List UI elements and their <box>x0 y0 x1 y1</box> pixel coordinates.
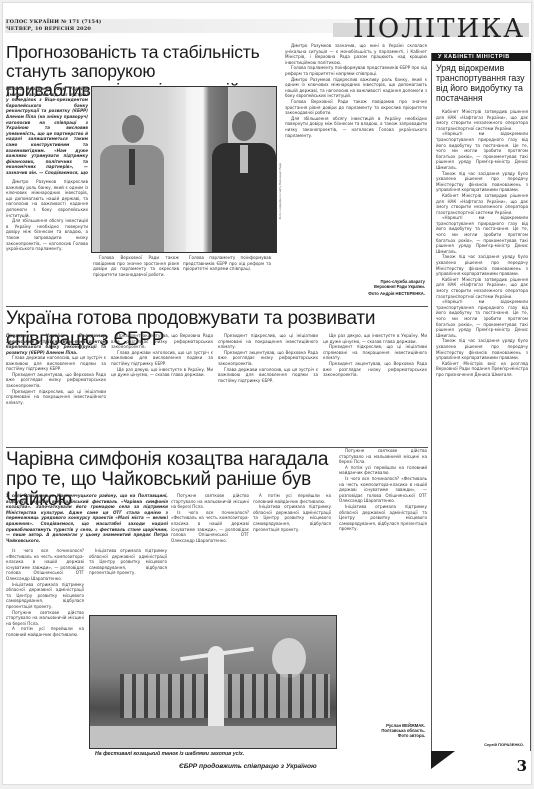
masthead-info: ГОЛОС УКРАЇНИ № 171 (7154) ЧЕТВЕР, 10 ВЕ… <box>6 19 101 33</box>
paragraph: Президент акцентував, що Верховна Рада в… <box>323 361 427 378</box>
paragraph: Ініціатива отримала підтримку обласної д… <box>339 504 427 532</box>
paragraph: Також під час засідання уряду було ухвал… <box>436 171 528 193</box>
paragraph: Ініціатива отримала підтримку обласної д… <box>89 548 167 576</box>
photo-credit: Фото з офіційного сайту Верховної Ради <box>278 163 282 219</box>
photo-festival <box>89 615 337 749</box>
paragraph: Глава держави наголосив, що ця зустріч є… <box>218 367 318 384</box>
article-lead-ebrd: Президент України Володимир Зеленський з… <box>6 333 106 355</box>
paragraph: А потім усі перейшли на головний майданч… <box>253 493 331 504</box>
publication-date: ЧЕТВЕР, 10 ВЕРЕСНЯ 2020 <box>6 26 101 33</box>
paragraph: Дмитро Разумков підкреслив важливу роль … <box>285 77 427 99</box>
paragraph: Для збільшення обсягу інвестицій в Украї… <box>6 218 88 252</box>
paragraph: Ініціатива отримала підтримку обласної д… <box>6 582 84 610</box>
stage-floor <box>90 726 336 748</box>
paragraph: Глава держави наголосив, що ця зустріч є… <box>6 355 106 372</box>
newspaper-page: ГОЛОС УКРАЇНИ № 171 (7154) ЧЕТВЕР, 10 ВЕ… <box>2 2 532 785</box>
article-column: Ще раз дякую, що інвестуєте в Україну. М… <box>323 333 427 443</box>
article-column: Дмитро Разумков підкреслив важливу роль … <box>6 179 88 305</box>
article-column: Потужне святкове дійство стартувало на м… <box>171 493 249 611</box>
sidebar-cabinet: У КАБІНЕТІ МІНІСТРІВ Уряд відокремив тра… <box>431 53 531 751</box>
article-byline: Руслан ВЕЙЖМАК. Полтавська область. Фото… <box>339 723 425 738</box>
article-lead-investment: Голова Верховної Ради України Дмитро Раз… <box>6 86 88 176</box>
sidebar-body: Кабінет Міністрів затвердив рішення для … <box>436 109 528 737</box>
section-title: ПОЛІТИКА <box>353 15 525 43</box>
paragraph: Голова парламенту поінформував представн… <box>285 65 427 76</box>
paragraph: Президент підкреслив, що ці ініціативи с… <box>218 333 318 350</box>
page-corner-fold <box>431 751 455 769</box>
paragraph: Президент підкреслив, що ці ініціативи с… <box>6 389 106 406</box>
paragraph: Для збільшення обсягу інвестицій в Украї… <box>285 116 427 138</box>
paragraph: Із чого все починалося? «Фестиваль на че… <box>171 510 249 544</box>
article-lead-symphony: У селі Опішнянське Кременчуцького району… <box>6 493 168 545</box>
photo-by: Фото Андрія НЕСТЕРЕНКА. <box>323 291 425 296</box>
paragraph: Ще раз дякую, що інвестуєте в Україну. М… <box>111 367 213 378</box>
paragraph: А потім усі перейшли на головний майданч… <box>339 465 427 476</box>
sidebar-signature: Сергій ПОРАЗЕНКО. <box>484 742 524 747</box>
paragraph: А потім усі перейшли на головний майданч… <box>6 626 84 637</box>
portrait-backdrop <box>272 638 306 678</box>
paragraph: Також під час засідання уряду було ухвал… <box>436 254 528 276</box>
person-right <box>212 111 276 253</box>
paragraph: Потужне святкове дійство стартувало на м… <box>171 493 249 510</box>
paragraph: «Нарешті ми відокремили транспортування … <box>436 131 528 170</box>
article-byline: Прес-служба апарату Верховної Ради Украї… <box>323 279 425 296</box>
paragraph: Кабінет Міністрів затвердив рішення для … <box>436 109 528 131</box>
paragraph: Із чого все починалося? «Фестиваль на че… <box>339 476 427 504</box>
article-column: Голова парламенту поінформував представн… <box>183 255 271 305</box>
paragraph: Голова Верховної Ради також повідомив пр… <box>285 99 427 116</box>
paragraph: «Нарешті ми відокремили транспортування … <box>436 215 528 254</box>
article-column: Глава держави наголосив, що ця зустріч є… <box>6 355 106 443</box>
sidebar-title: Уряд відокремив транспортування газу від… <box>436 63 530 103</box>
lead-text: Голова Верховної Ради України Дмитро Раз… <box>6 86 88 176</box>
lead-text: У селі Опішнянське Кременчуцького району… <box>6 493 168 543</box>
article-column: Президент акцентував, що Верховна Рада в… <box>111 333 213 443</box>
footer-teaser: ЄБРР продовжить співпрацю з Україною <box>179 763 317 770</box>
article-column: Дмитро Разумков зазначив, що нині в Укра… <box>285 43 427 243</box>
paragraph: Також під час засідання уряду було ухвал… <box>436 338 528 360</box>
paragraph: Ініціатива отримала підтримку обласної д… <box>253 504 331 532</box>
article-column: Потужне святкове дійство стартувало на м… <box>339 448 427 710</box>
byline-line: Фото автора. <box>339 733 425 738</box>
paragraph: Президент підкреслив, що ці ініціативи с… <box>323 344 427 361</box>
article-column: Ініціатива отримала підтримку обласної д… <box>89 548 167 612</box>
publication-issue: ГОЛОС УКРАЇНИ № 171 (7154) <box>6 19 101 26</box>
sidebar-label: У КАБІНЕТІ МІНІСТРІВ <box>432 53 532 61</box>
article-column: Голова Верховної Ради також повідомив пр… <box>93 255 179 305</box>
paragraph: Дмитро Разумков підкреслив важливу роль … <box>6 179 88 218</box>
paragraph: Кабінет Міністрів затвердив рішення для … <box>436 193 528 215</box>
paragraph: Президент акцентував, що Верховна Рада в… <box>218 350 318 367</box>
paragraph: Кабінет Міністрів вніс на розгляд Верхов… <box>436 361 528 378</box>
paragraph: Глава держави наголосив, що ця зустріч є… <box>111 350 213 367</box>
lead-text: Президент України Володимир Зеленський з… <box>6 333 106 355</box>
paragraph: Потужне святкове дійство стартувало на м… <box>6 610 84 627</box>
paragraph: Ще раз дякую, що інвестуєте в Україну. М… <box>323 333 427 344</box>
paragraph: «Нарешті ми відокремили транспортування … <box>436 299 528 338</box>
byline-line: Верховної Ради України. <box>323 284 425 289</box>
paragraph: Потужне святкове дійство стартувало на м… <box>339 448 427 465</box>
article-column: А потім усі перейшли на головний майданч… <box>253 493 331 611</box>
photo-meeting <box>91 86 277 253</box>
photo-caption: На фестивалі козацький танок із шаблями … <box>95 751 244 757</box>
page-number: 3 <box>517 757 527 775</box>
paragraph: Голова Верховної Ради також повідомив пр… <box>93 255 179 277</box>
paragraph: Президент акцентував, що Верховна Рада в… <box>111 333 213 350</box>
article-column: Президент підкреслив, що ці ініціативи с… <box>218 333 318 443</box>
paragraph: Голова парламенту поінформував представн… <box>183 255 271 272</box>
paragraph: Дмитро Разумков зазначив, що нині в Укра… <box>285 43 427 65</box>
person-left <box>100 115 164 253</box>
article-column: Із чого все починалося? «Фестиваль на че… <box>6 548 84 748</box>
choir <box>120 674 330 718</box>
paragraph: Із чого все починалося? «Фестиваль на че… <box>6 548 84 582</box>
masthead: ГОЛОС УКРАЇНИ № 171 (7154) ЧЕТВЕР, 10 ВЕ… <box>3 13 532 37</box>
paragraph: Президент акцентував, що Верховна Рада в… <box>6 372 106 389</box>
dancer <box>208 646 224 736</box>
paragraph: Кабінет Міністрів затвердив рішення для … <box>436 277 528 299</box>
divider <box>6 306 428 307</box>
